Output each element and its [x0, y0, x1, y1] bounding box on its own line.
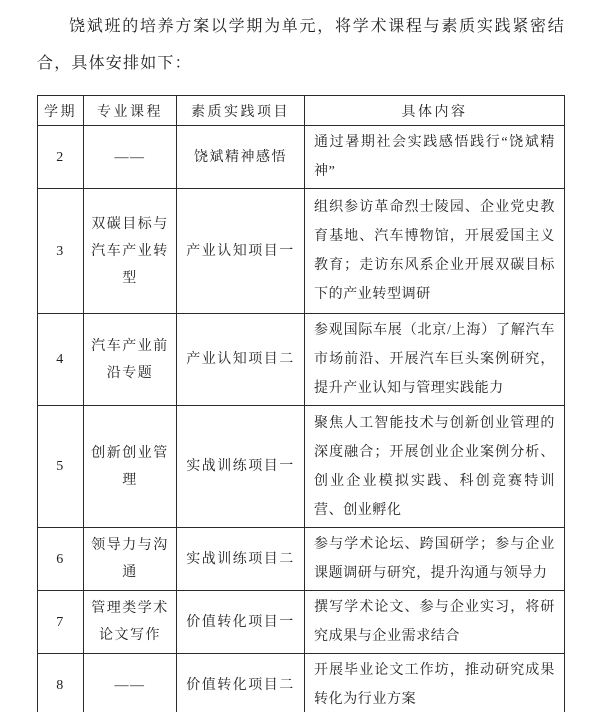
header-content: 具体内容 — [305, 96, 565, 126]
course-cell: 管理类学术论文写作 — [84, 591, 177, 654]
table-row: 8 —— 价值转化项目二 开展毕业论文工作坊，推动研究成果转化为行业方案 — [38, 654, 565, 712]
course-cell: 汽车产业前沿专题 — [84, 314, 177, 406]
semester-cell: 4 — [38, 314, 84, 406]
content-cell: 聚焦人工智能技术与创新创业管理的深度融合；开展创业企业案例分析、创业企业模拟实践… — [305, 406, 565, 528]
semester-cell: 8 — [38, 654, 84, 712]
header-course: 专业课程 — [84, 96, 177, 126]
header-project: 素质实践项目 — [177, 96, 305, 126]
intro-paragraph: 饶斌班的培养方案以学期为单元，将学术课程与素质实践紧密结合，具体安排如下： — [37, 8, 565, 82]
course-cell: 双碳目标与汽车产业转型 — [84, 189, 177, 314]
table-row: 7 管理类学术论文写作 价值转化项目一 撰写学术论文、参与企业实习，将研究成果与… — [38, 591, 565, 654]
table-row: 5 创新创业管理 实战训练项目一 聚焦人工智能技术与创新创业管理的深度融合；开展… — [38, 406, 565, 528]
content-cell: 通过暑期社会实践感悟践行“饶斌精神” — [305, 126, 565, 189]
semester-cell: 5 — [38, 406, 84, 528]
project-cell: 产业认知项目一 — [177, 189, 305, 314]
semester-cell: 6 — [38, 528, 84, 591]
document-page: 饶斌班的培养方案以学期为单元，将学术课程与素质实践紧密结合，具体安排如下： 学期… — [0, 0, 601, 712]
table-row: 3 双碳目标与汽车产业转型 产业认知项目一 组织参访革命烈士陵园、企业党史教育基… — [38, 189, 565, 314]
header-semester: 学期 — [38, 96, 84, 126]
project-cell: 饶斌精神感悟 — [177, 126, 305, 189]
semester-cell: 3 — [38, 189, 84, 314]
semester-cell: 7 — [38, 591, 84, 654]
project-cell: 实战训练项目二 — [177, 528, 305, 591]
content-cell: 参与学术论坛、跨国研学；参与企业课题调研与研究，提升沟通与领导力 — [305, 528, 565, 591]
table-header-row: 学期 专业课程 素质实践项目 具体内容 — [38, 96, 565, 126]
course-cell: 创新创业管理 — [84, 406, 177, 528]
content-cell: 开展毕业论文工作坊，推动研究成果转化为行业方案 — [305, 654, 565, 712]
course-cell: —— — [84, 654, 177, 712]
content-cell: 撰写学术论文、参与企业实习，将研究成果与企业需求结合 — [305, 591, 565, 654]
training-schedule-table: 学期 专业课程 素质实践项目 具体内容 2 —— 饶斌精神感悟 通过暑期社会实践… — [37, 95, 565, 712]
table-row: 2 —— 饶斌精神感悟 通过暑期社会实践感悟践行“饶斌精神” — [38, 126, 565, 189]
content-cell: 参观国际车展（北京/上海）了解汽车市场前沿、开展汽车巨头案例研究，提升产业认知与… — [305, 314, 565, 406]
project-cell: 价值转化项目一 — [177, 591, 305, 654]
course-cell: 领导力与沟通 — [84, 528, 177, 591]
project-cell: 实战训练项目一 — [177, 406, 305, 528]
content-cell: 组织参访革命烈士陵园、企业党史教育基地、汽车博物馆，开展爱国主义教育；走访东风系… — [305, 189, 565, 314]
semester-cell: 2 — [38, 126, 84, 189]
table-row: 6 领导力与沟通 实战训练项目二 参与学术论坛、跨国研学；参与企业课题调研与研究… — [38, 528, 565, 591]
project-cell: 产业认知项目二 — [177, 314, 305, 406]
course-cell: —— — [84, 126, 177, 189]
project-cell: 价值转化项目二 — [177, 654, 305, 712]
table-row: 4 汽车产业前沿专题 产业认知项目二 参观国际车展（北京/上海）了解汽车市场前沿… — [38, 314, 565, 406]
